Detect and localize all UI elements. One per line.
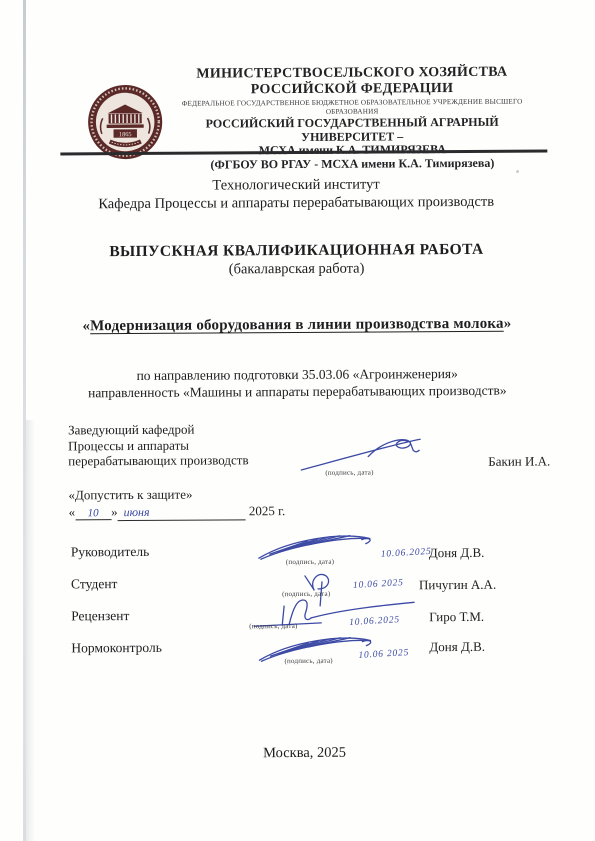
ministry-line-1: МИНИСТЕРСТВОСЕЛЬСКОГО ХОЗЯЙСТВА: [166, 65, 538, 83]
date-supervisor-handwritten: 10.06.2025: [381, 542, 432, 560]
city-year: Москва, 2025: [12, 743, 595, 764]
signature-caption-supervisor: (подпись, дата): [286, 558, 334, 566]
signature-supervisor: [256, 531, 376, 562]
head-signature-caption: (подпись, дата): [325, 469, 373, 477]
date-reviewer-handwritten: 10.06.2025: [349, 610, 400, 628]
signature-caption-reviewer: (подпись, дата): [249, 622, 297, 630]
name-supervisor: Доня Д.В.: [429, 545, 485, 561]
name-student: Пичугин А.А.: [419, 577, 496, 593]
thesis-title-open-quote: «: [82, 318, 90, 334]
admission-day-handwritten: 10: [75, 507, 111, 520]
admission-date-line: «10»июня 2025 г.: [69, 503, 286, 521]
letterhead: МИНИСТЕРСТВОСЕЛЬСКОГО ХОЗЯЙСТВА РОССИЙСК…: [166, 65, 539, 172]
head-of-department-role: Заведующий кафедрой Процессы и аппараты …: [68, 421, 249, 469]
admission-year: 2025 г.: [249, 503, 285, 518]
head-role-line-3: перерабатывающих производств: [68, 452, 248, 469]
university-line-3: (ФГБОУ ВО РГАУ - МСХА имени К.А. Тимиряз…: [166, 156, 538, 172]
signature-caption-norm-control: (подпись, дата): [284, 657, 332, 665]
date-student-handwritten: 10.06 2025: [353, 573, 404, 591]
name-norm-control: Доня Д.В.: [429, 639, 485, 655]
thesis-title-close-quote: »: [504, 316, 512, 332]
admission-month-handwritten: июня: [118, 504, 246, 521]
ministry-line-2: РОССИЙСКОЙ ФЕДЕРАЦИИ: [166, 80, 538, 98]
signature-head-of-department: [298, 432, 433, 473]
document-page: 1865 МИНИСТЕРСТВОСЕЛЬСКОГО ХОЗЯЙСТВА РОС…: [0, 0, 595, 841]
head-of-department-name: Бакин И.А.: [488, 453, 550, 469]
role-label-supervisor: Руководитель: [71, 544, 150, 560]
university-emblem-icon: 1865: [86, 83, 164, 161]
thesis-title: «Модернизация оборудования в линии произ…: [0, 315, 594, 336]
role-label-reviewer: Рецензент: [71, 608, 129, 624]
work-subtype: (бакалаврская работа): [0, 259, 594, 280]
date-norm-control-handwritten: 10.06 2025: [358, 643, 409, 661]
head-role-line-2: Процессы и аппараты: [68, 437, 248, 454]
emblem-year-text: 1865: [119, 131, 132, 138]
work-type-title: ВЫПУСКНАЯ КВАЛИФИКАЦИОННАЯ РАБОТА: [0, 240, 594, 262]
department-line: Кафедра Процессы и аппараты перерабатыва…: [0, 192, 594, 214]
role-label-norm-control: Нормоконтроль: [71, 640, 162, 657]
thesis-title-text: Модернизация оборудования в линии произв…: [90, 316, 504, 335]
head-role-line-1: Заведующий кафедрой: [68, 421, 248, 438]
direction-line-2: направленность «Машины и аппараты перера…: [0, 382, 595, 402]
admission-line: «Допустить к защите»: [68, 487, 192, 504]
role-label-student: Студент: [71, 576, 118, 592]
name-reviewer: Гиро Т.М.: [429, 609, 484, 625]
university-line-1: РОССИЙСКИЙ ГОСУДАРСТВЕННЫЙ АГРАРНЫЙ УНИВ…: [166, 116, 538, 145]
